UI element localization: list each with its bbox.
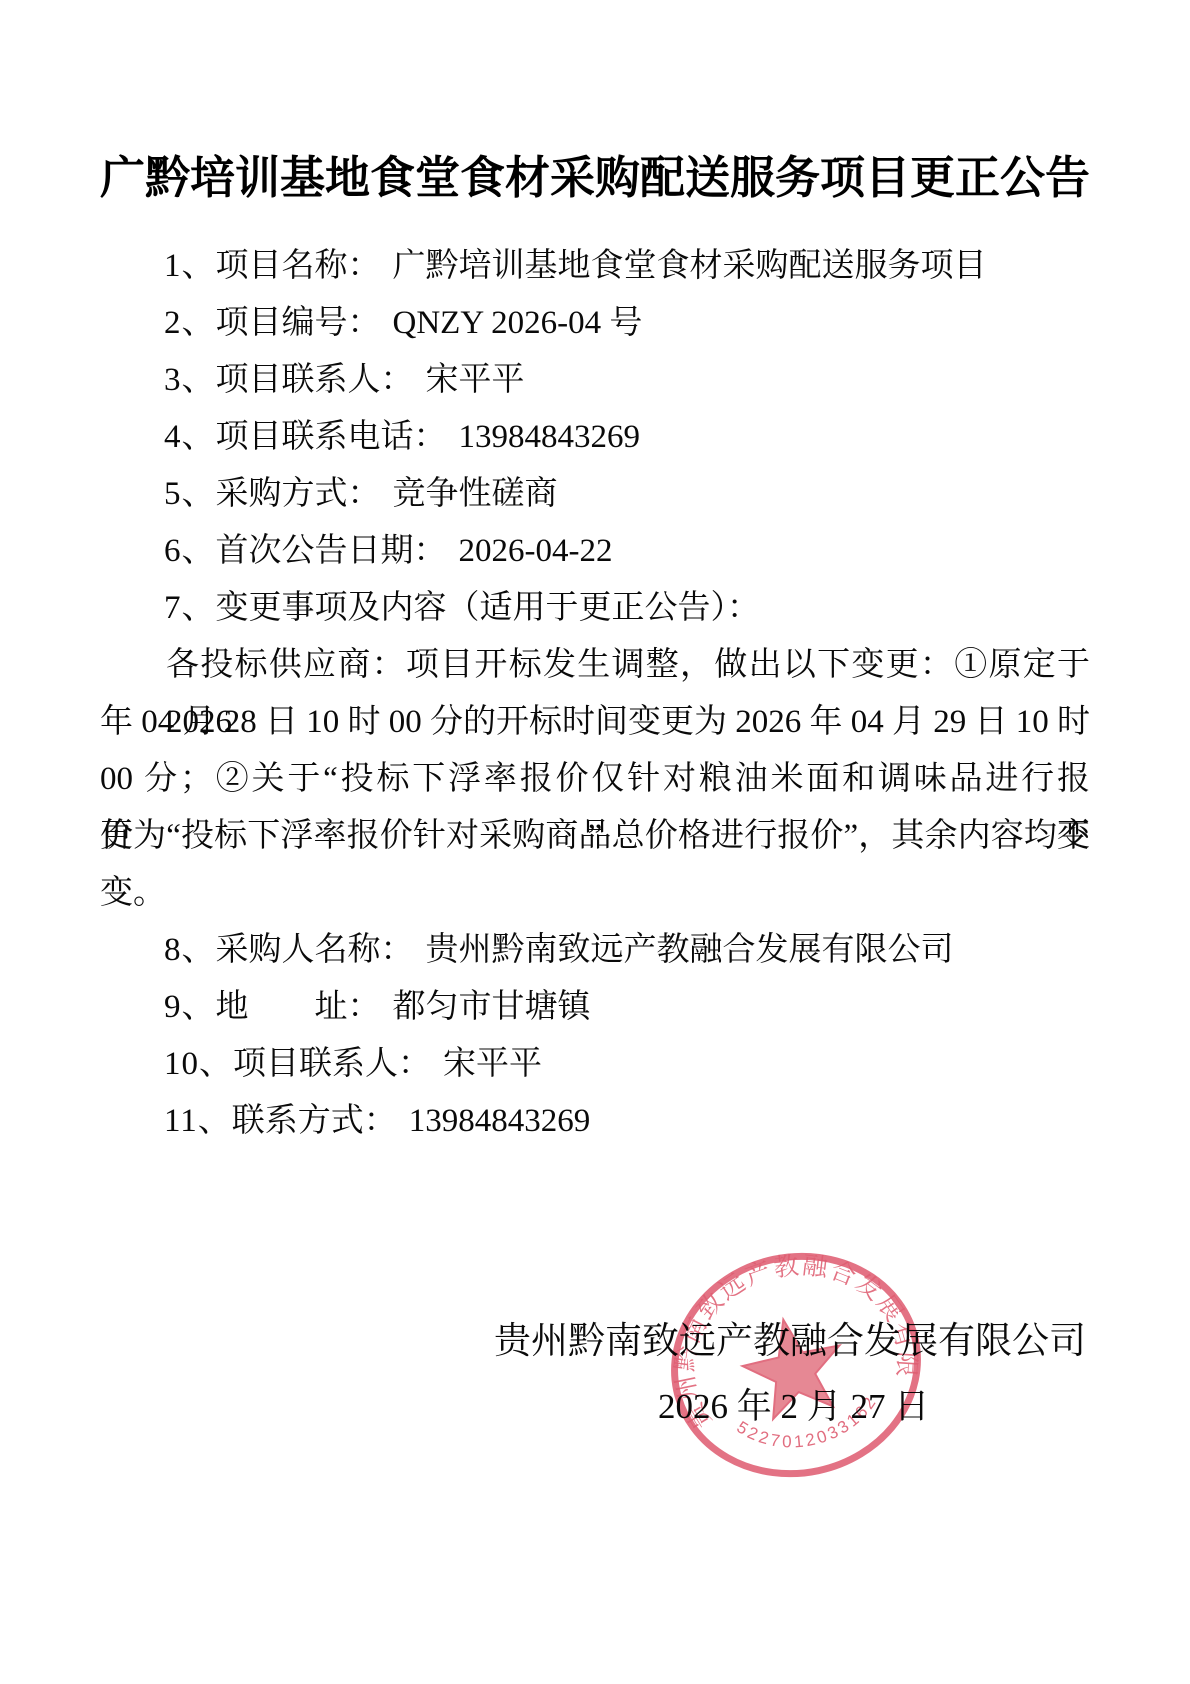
item-value: 竞争性磋商 [393, 476, 558, 512]
item-contact-info: 11、联系方式：13984843269 [100, 1093, 1090, 1150]
item-number: 7、 [164, 590, 216, 626]
item-value: 13984843269 [409, 1103, 591, 1139]
change-paragraph-line: 变。 [100, 865, 1090, 922]
item-project-name: 1、项目名称：广黔培训基地食堂食材采购配送服务项目 [100, 238, 1090, 295]
item-label: 项目联系人： [216, 362, 414, 398]
page-title: 广黔培训基地食堂食材采购配送服务项目更正公告 [40, 146, 1150, 210]
item-number: 3、 [164, 362, 216, 398]
item-number: 6、 [164, 533, 216, 569]
item-number: 9、 [164, 989, 216, 1025]
item-number: 10、 [164, 1046, 233, 1082]
item-value: 都匀市甘塘镇 [393, 989, 591, 1025]
item-project-contact: 10、项目联系人：宋平平 [100, 1036, 1090, 1093]
change-paragraph-line: 00 分；②关于“投标下浮率报价仅针对粮油米面和调味品进行报价”变 [100, 751, 1090, 808]
item-label: 变更事项及内容（适用于更正公告）： [216, 590, 761, 626]
change-paragraph-line: 更为“投标下浮率报价针对采购商品总价格进行报价”，其余内容均不 [100, 808, 1090, 865]
item-number: 4、 [164, 419, 216, 455]
item-first-announcement-date: 6、首次公告日期：2026-04-22 [100, 523, 1090, 580]
item-value: 宋平平 [426, 362, 525, 398]
item-address: 9、地 址：都匀市甘塘镇 [100, 979, 1090, 1036]
item-value: 广黔培训基地食堂食材采购配送服务项目 [393, 248, 987, 284]
item-label: 地 址： [216, 989, 381, 1025]
item-value: QNZY 2026-04 号 [393, 305, 643, 341]
item-label: 项目名称： [216, 248, 381, 284]
item-label: 项目编号： [216, 305, 381, 341]
announcement-body: 1、项目名称：广黔培训基地食堂食材采购配送服务项目 2、项目编号：QNZY 20… [100, 238, 1090, 1150]
item-label: 采购人名称： [216, 932, 414, 968]
item-value: 宋平平 [443, 1046, 542, 1082]
item-label: 首次公告日期： [216, 533, 447, 569]
item-number: 5、 [164, 476, 216, 512]
item-number: 2、 [164, 305, 216, 341]
item-label: 采购方式： [216, 476, 381, 512]
item-number: 8、 [164, 932, 216, 968]
item-label: 项目联系人： [233, 1046, 431, 1082]
item-contact-phone: 4、项目联系电话：13984843269 [100, 409, 1090, 466]
item-procurement-method: 5、采购方式：竞争性磋商 [100, 466, 1090, 523]
company-seal: 贵州黔南致远产教融合发展有限公司 5227012033162 [645, 1225, 947, 1504]
change-paragraph-line: 年 04 月 28 日 10 时 00 分的开标时间变更为 2026 年 04 … [100, 694, 1090, 751]
item-purchaser-name: 8、采购人名称：贵州黔南致远产教融合发展有限公司 [100, 922, 1090, 979]
item-value: 13984843269 [459, 419, 641, 455]
item-value: 2026-04-22 [459, 533, 613, 569]
item-number: 11、 [164, 1103, 232, 1139]
item-value: 贵州黔南致远产教融合发展有限公司 [426, 932, 954, 968]
item-number: 1、 [164, 248, 216, 284]
item-contact-person: 3、项目联系人：宋平平 [100, 352, 1090, 409]
item-project-number: 2、项目编号：QNZY 2026-04 号 [100, 295, 1090, 352]
seal-star-icon [735, 1309, 852, 1423]
change-paragraph-line: 各投标供应商：项目开标发生调整，做出以下变更：①原定于 2026 [100, 637, 1090, 694]
item-label: 项目联系电话： [216, 419, 447, 455]
item-label: 联系方式： [232, 1103, 397, 1139]
item-change-content-heading: 7、变更事项及内容（适用于更正公告）： [100, 580, 1090, 637]
